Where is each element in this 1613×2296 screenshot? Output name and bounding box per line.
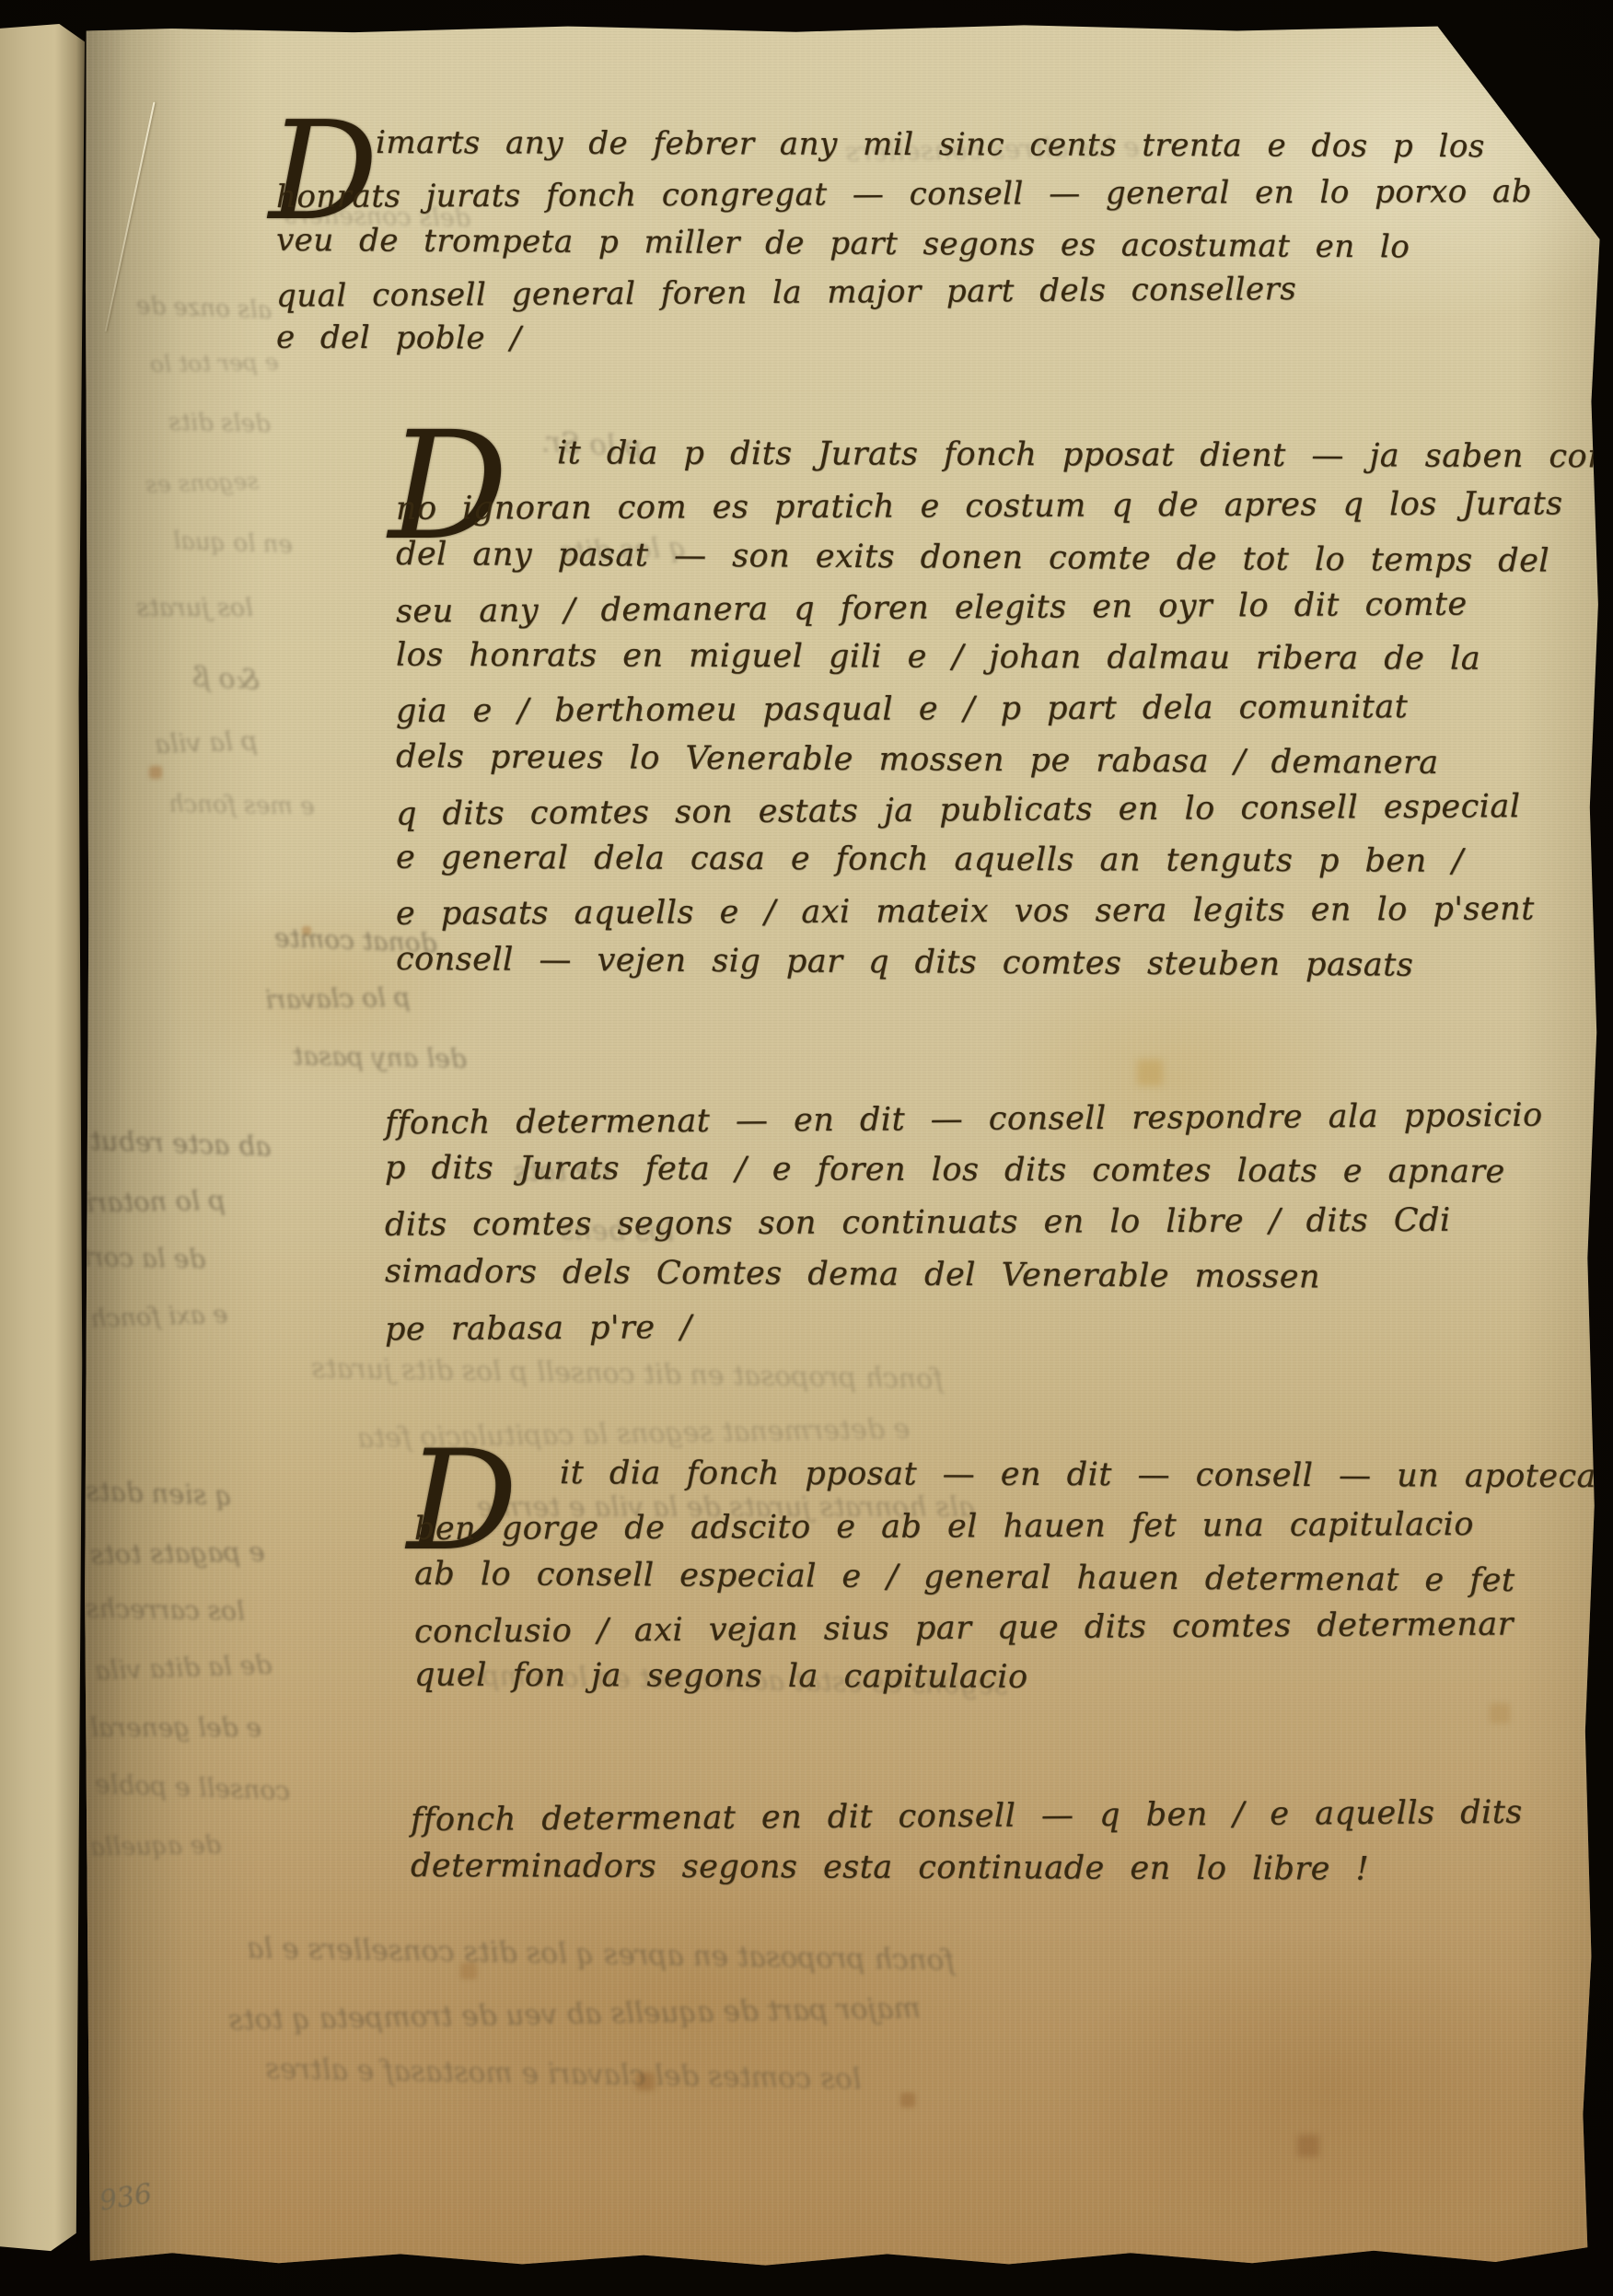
ink-text-layer: Dimarts any de febrer any mil sinc cents… (81, 18, 1602, 2272)
text-line: q dits comtes son estats ja publicats en… (396, 781, 1613, 840)
text-line: ben gorge de adscito e ab el hauen fet u… (414, 1499, 1613, 1555)
text-line: los honrats en miguel gili e / johan dal… (396, 631, 1613, 686)
text-line: ab lo consell especial e / general hauen… (414, 1549, 1613, 1607)
text-line: simadors dels Comtes dema del Venerable … (385, 1246, 1543, 1305)
text-line: conclusio / axi vejan sius par que dits … (414, 1598, 1613, 1658)
previous-page-edge (0, 24, 85, 2255)
paragraph-2: Dit dia p dits Jurats fonch pposat dient… (396, 431, 1613, 988)
text-line: pe rabasa p're / (385, 1296, 1543, 1356)
paragraph-5: ffonch determenat en dit consell — q ben… (411, 1791, 1523, 1896)
manuscript-photo: dels consellerse los altres consellersal… (0, 0, 1613, 2296)
stain-spots (81, 18, 83, 20)
text-line: quel fon ja segons la capitulacio (414, 1651, 1613, 1706)
text-line: consell — vejen sig par q dits comtes st… (396, 934, 1613, 992)
text-line: dels preues lo Venerable mossen pe rabas… (396, 732, 1613, 790)
text-line: dits comtes segons son continuats en lo … (385, 1194, 1543, 1250)
text-line: it dia fonch pposat — en dit — consell —… (414, 1448, 1613, 1503)
text-line: e general dela casa e fonch aquells an t… (396, 833, 1613, 888)
text-line: ffonch determenat — en dit — consell res… (385, 1090, 1543, 1150)
paragraph-1: Dimarts any de febrer any mil sinc cents… (276, 122, 1532, 365)
text-line: qual consell general foren la major part… (276, 263, 1532, 321)
text-line: e pasats aquells e / axi mateix vos sera… (396, 884, 1613, 940)
paragraph-4: Dit dia fonch pposat — en dit — consell … (414, 1451, 1613, 1704)
text-line: no ignoran com es pratich e costum q de … (396, 479, 1613, 535)
text-line: it dia p dits Jurats fonch pposat dient … (396, 428, 1613, 483)
text-line: honrats jurats fonch congregat — consell… (276, 168, 1532, 222)
text-line: del any pasat — son exits donen comte de… (396, 529, 1613, 587)
folio-number-ink: 953 (1486, 56, 1560, 104)
text-line: imarts any de febrer any mil sinc cents … (276, 119, 1532, 172)
text-line: p dits Jurats feta / e foren los dits co… (385, 1142, 1543, 1198)
text-line: seu any / demanera q foren elegits en oy… (396, 578, 1613, 637)
text-line: e del poble / (276, 314, 1532, 367)
page-sheet: dels consellerse los altres consellersal… (81, 18, 1602, 2272)
paragraph-3: ffonch determenat — en dit — consell res… (385, 1094, 1543, 1351)
text-line: gia e / berthomeu pasqual e / p part del… (396, 681, 1613, 737)
text-line: determinadors segons esta continuade en … (411, 1840, 1523, 1896)
text-line: ffonch determenat en dit consell — q ben… (411, 1787, 1523, 1847)
